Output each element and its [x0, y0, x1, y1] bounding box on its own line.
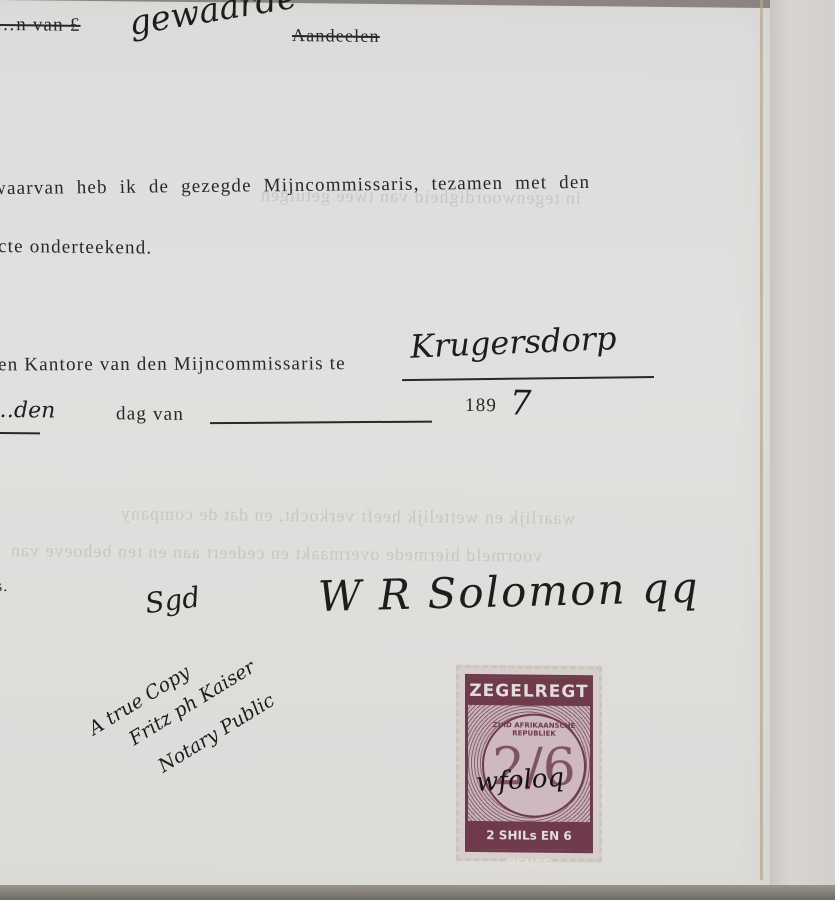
page-bottom-shadow [0, 885, 835, 900]
stamp-cancellation: wfoloq [475, 763, 565, 798]
month-underline [210, 421, 432, 425]
bleed-through-line-2: voormeld hiermede overmaakt en cedeert a… [10, 540, 542, 567]
handwritten-place: Krugersdorp [409, 319, 617, 366]
struck-currency-text: …n van £ [0, 14, 81, 37]
office-line-text: en Kantore van den Mijncommissaris te [0, 353, 346, 376]
document-page: …n van £ gewaarde Aandeelen in tegenwoor… [0, 0, 790, 896]
day-underline [0, 432, 40, 434]
adjacent-page-edge [770, 0, 835, 900]
handwritten-top: gewaarde [126, 0, 300, 44]
stamp-top-label: ZEGELREGT [468, 677, 590, 706]
handwritten-day: …den [0, 398, 55, 424]
stamp-bottom-label: 2 SHILs EN 6 PENCE [468, 821, 590, 850]
revenue-stamp: ZEGELREGT ZUID AFRIKAANSCHE REPUBLIEK 2/… [456, 665, 602, 863]
place-underline [402, 376, 654, 381]
date-label: dag van [116, 403, 184, 426]
struck-aandeelen-text: Aandeelen [292, 25, 380, 47]
year-printed: 189 [465, 395, 497, 417]
signature-main: W R Solomon qq [317, 563, 700, 621]
paragraph-line-2: cte onderteekend. [0, 236, 152, 260]
bleed-through-line-1: waarlijk en wettelijk heeft verkocht, en… [120, 503, 575, 529]
signature-sgd: Sgd [143, 580, 202, 620]
year-handwritten: 7 [510, 383, 532, 423]
stamp-ring-text: ZUID AFRIKAANSCHE REPUBLIEK [484, 721, 584, 738]
stamp-frame: ZEGELREGT ZUID AFRIKAANSCHE REPUBLIEK 2/… [465, 674, 593, 853]
binding-edge [760, 0, 763, 880]
left-fragment: s. [0, 578, 9, 596]
